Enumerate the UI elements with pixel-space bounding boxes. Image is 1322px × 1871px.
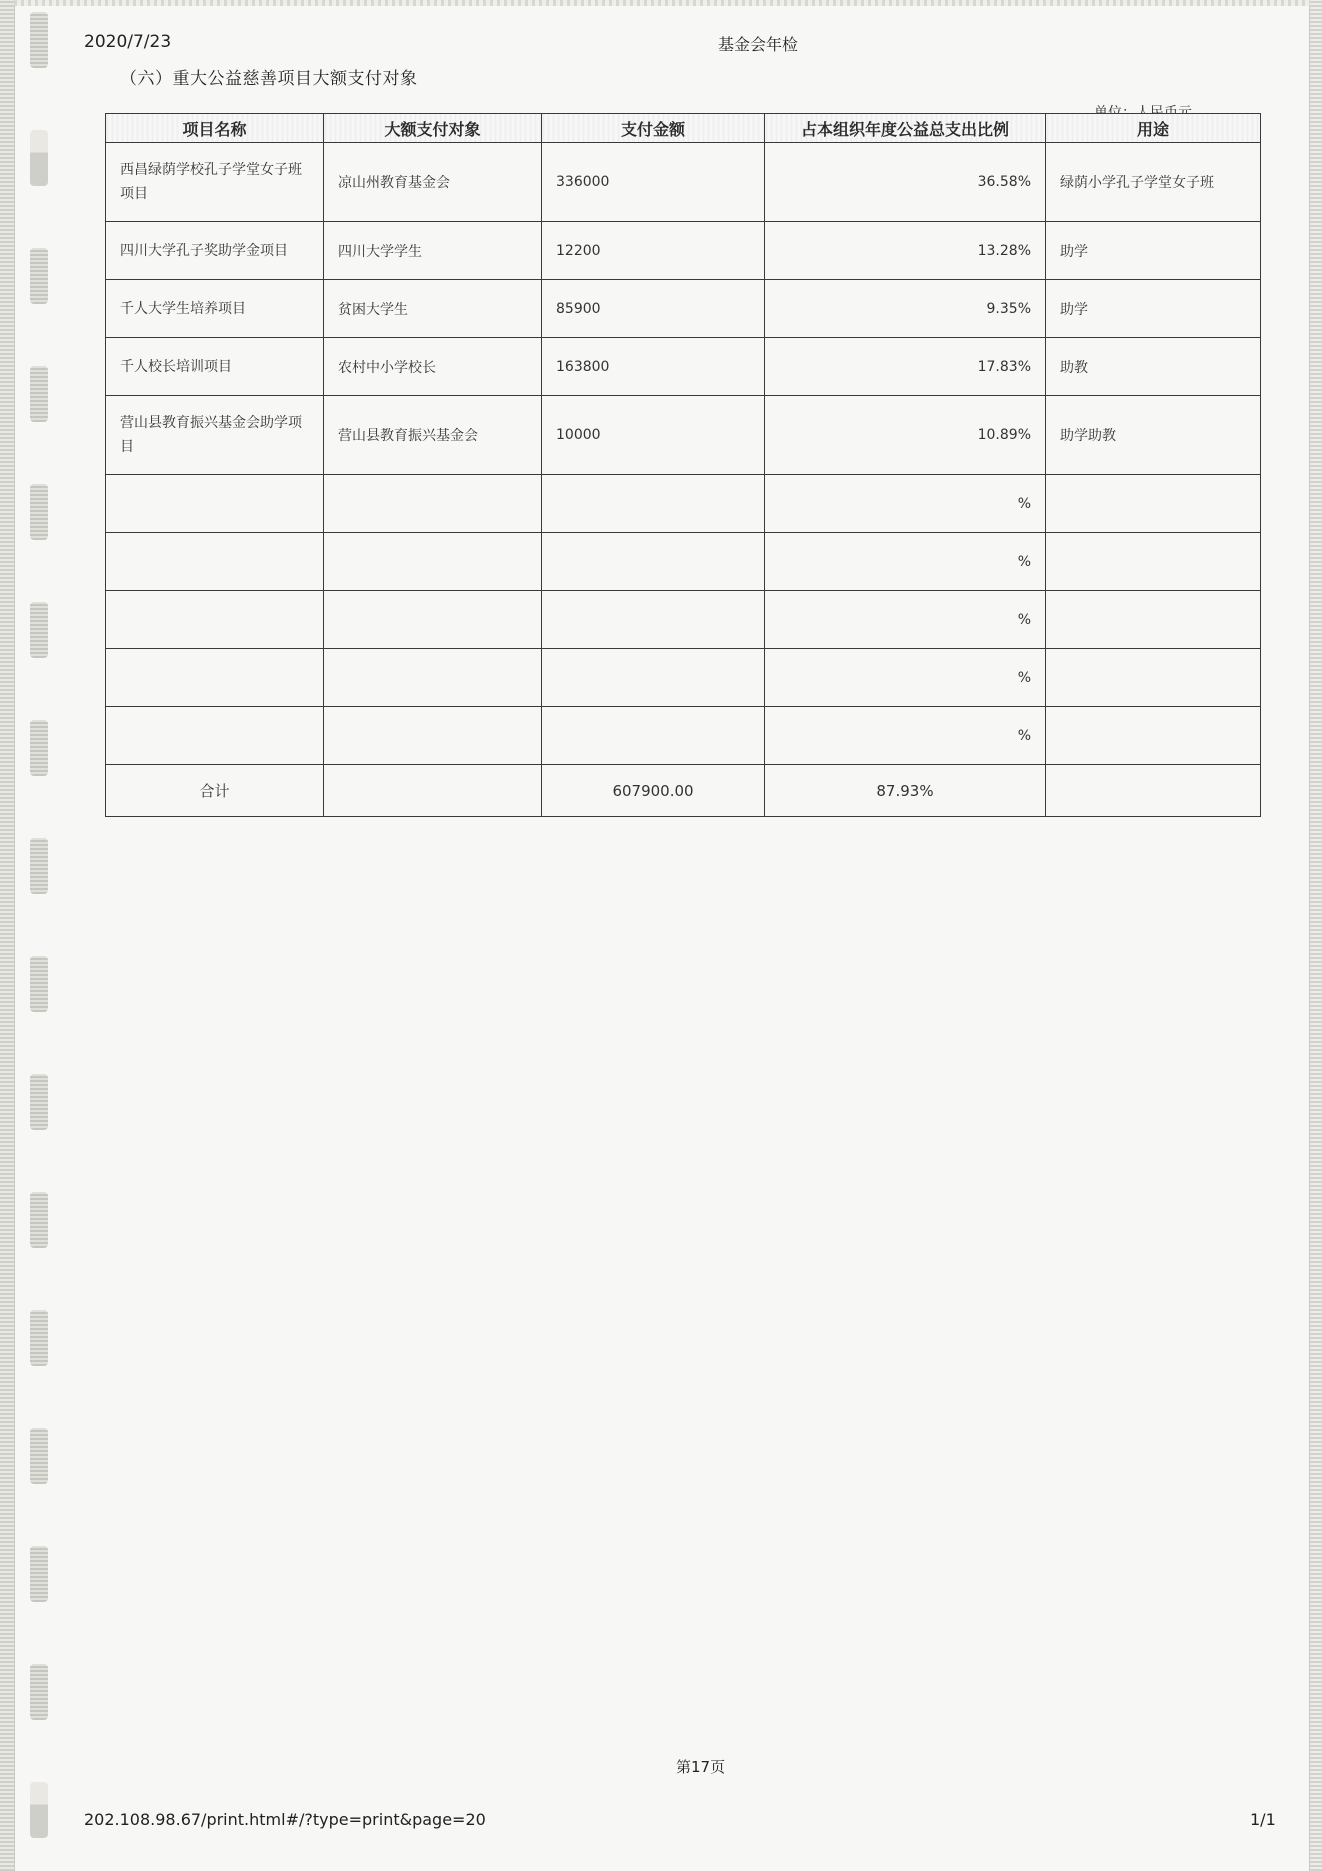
column-header-ratio: 占本组织年度公益总支出比例: [765, 114, 1046, 143]
cell-ratio: %: [765, 591, 1046, 649]
cell-ratio: %: [765, 533, 1046, 591]
cell-amount: [542, 475, 765, 533]
total-recipient: [324, 765, 542, 817]
scanner-feed-strip-right: [1309, 0, 1322, 1871]
cell-amount: [542, 707, 765, 765]
table-row: %: [106, 591, 1261, 649]
total-ratio: 87.93%: [765, 765, 1046, 817]
cell-recipient: [324, 475, 542, 533]
table-row: 四川大学孔子奖助学金项目四川大学学生1220013.28%助学: [106, 222, 1261, 280]
cell-project: [106, 591, 324, 649]
table-row: 营山县教育振兴基金会助学项目营山县教育振兴基金会1000010.89%助学助教: [106, 396, 1261, 475]
cell-recipient: [324, 649, 542, 707]
column-header-recipient: 大额支付对象: [324, 114, 542, 143]
cell-amount: 10000: [542, 396, 765, 475]
cell-recipient: [324, 533, 542, 591]
cell-project: [106, 649, 324, 707]
payment-table: 项目名称 大额支付对象 支付金额 占本组织年度公益总支出比例 用途 西昌绿荫学校…: [105, 113, 1261, 817]
cell-purpose: [1046, 649, 1261, 707]
cell-project: 四川大学孔子奖助学金项目: [106, 222, 324, 280]
cell-purpose: 助学: [1046, 280, 1261, 338]
section-title: （六）重大公益慈善项目大额支付对象: [120, 64, 418, 89]
cell-ratio: 13.28%: [765, 222, 1046, 280]
table-row: 西昌绿荫学校孔子学堂女子班项目凉山州教育基金会33600036.58%绿荫小学孔…: [106, 143, 1261, 222]
column-header-amount: 支付金额: [542, 114, 765, 143]
cell-ratio: 36.58%: [765, 143, 1046, 222]
cell-amount: 12200: [542, 222, 765, 280]
cell-purpose: [1046, 591, 1261, 649]
cell-recipient: [324, 707, 542, 765]
cell-project: [106, 533, 324, 591]
cell-project: 千人校长培训项目: [106, 338, 324, 396]
print-header-title: 基金会年检: [718, 32, 798, 55]
cell-recipient: 贫困大学生: [324, 280, 542, 338]
cell-amount: 336000: [542, 143, 765, 222]
cell-purpose: 绿荫小学孔子学堂女子班: [1046, 143, 1261, 222]
table-row: 千人大学生培养项目贫困大学生859009.35%助学: [106, 280, 1261, 338]
cell-ratio: %: [765, 475, 1046, 533]
print-page-count: 1/1: [1250, 1810, 1276, 1829]
table-header-row: 项目名称 大额支付对象 支付金额 占本组织年度公益总支出比例 用途: [106, 114, 1261, 143]
cell-project: [106, 475, 324, 533]
table-row: %: [106, 649, 1261, 707]
cell-purpose: 助学助教: [1046, 396, 1261, 475]
table-row: %: [106, 707, 1261, 765]
total-amount: 607900.00: [542, 765, 765, 817]
cell-purpose: 助教: [1046, 338, 1261, 396]
table-row: 千人校长培训项目农村中小学校长16380017.83%助教: [106, 338, 1261, 396]
cell-project: 千人大学生培养项目: [106, 280, 324, 338]
cell-purpose: 助学: [1046, 222, 1261, 280]
cell-recipient: 营山县教育振兴基金会: [324, 396, 542, 475]
cell-ratio: 10.89%: [765, 396, 1046, 475]
cell-project: 西昌绿荫学校孔子学堂女子班项目: [106, 143, 324, 222]
cell-recipient: 凉山州教育基金会: [324, 143, 542, 222]
cell-amount: [542, 591, 765, 649]
cell-recipient: 四川大学学生: [324, 222, 542, 280]
scanner-feed-strip-left: [0, 0, 15, 1871]
cell-ratio: 9.35%: [765, 280, 1046, 338]
cell-recipient: 农村中小学校长: [324, 338, 542, 396]
cell-amount: [542, 533, 765, 591]
print-url: 202.108.98.67/print.html#/?type=print&pa…: [84, 1810, 486, 1829]
cell-project: 营山县教育振兴基金会助学项目: [106, 396, 324, 475]
total-label: 合计: [106, 765, 324, 817]
table-row: %: [106, 533, 1261, 591]
cell-purpose: [1046, 533, 1261, 591]
document-page: 2020/7/23 基金会年检 （六）重大公益慈善项目大额支付对象 单位：人民币…: [14, 6, 1310, 1871]
cell-amount: 85900: [542, 280, 765, 338]
cell-purpose: [1046, 475, 1261, 533]
total-purpose: [1046, 765, 1261, 817]
column-header-purpose: 用途: [1046, 114, 1261, 143]
table-total-row: 合计607900.0087.93%: [106, 765, 1261, 817]
cell-ratio: %: [765, 707, 1046, 765]
print-date: 2020/7/23: [84, 32, 171, 52]
cell-amount: [542, 649, 765, 707]
cell-recipient: [324, 591, 542, 649]
cell-project: [106, 707, 324, 765]
column-header-project: 项目名称: [106, 114, 324, 143]
cell-ratio: %: [765, 649, 1046, 707]
cell-purpose: [1046, 707, 1261, 765]
table-row: %: [106, 475, 1261, 533]
cell-amount: 163800: [542, 338, 765, 396]
cell-ratio: 17.83%: [765, 338, 1046, 396]
page-number: 第17页: [676, 1756, 725, 1777]
